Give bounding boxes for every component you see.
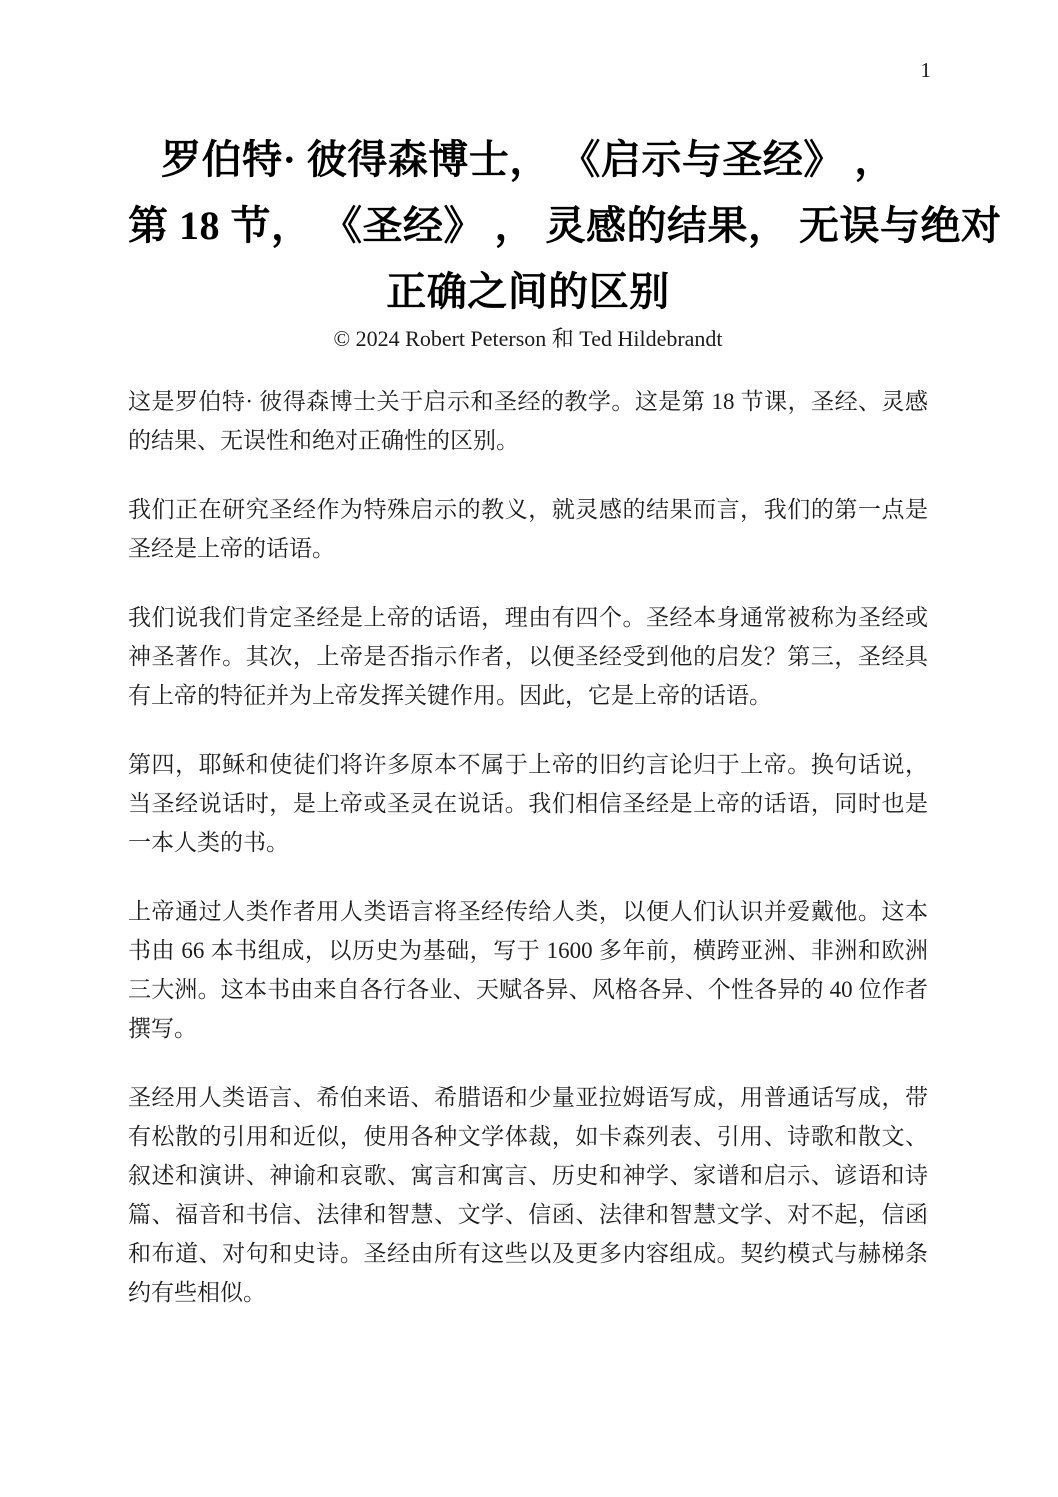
- document-body: 这是罗伯特· 彼得森博士关于启示和圣经的教学。这是第 18 节课，圣经、灵感的结…: [128, 382, 928, 1312]
- paragraph: 圣经用人类语言、希伯来语、希腊语和少量亚拉姆语写成，用普通话写成，带有松散的引用…: [128, 1078, 928, 1312]
- page-content: 罗伯特· 彼得森博士， 《启示与圣经》 ， 第 18 节， 《圣经》 ， 灵感的…: [0, 0, 1058, 1497]
- paragraph: 第四，耶稣和使徒们将许多原本不属于上帝的旧约言论归于上帝。换句话说，当圣经说话时…: [128, 745, 928, 862]
- paragraph: 这是罗伯特· 彼得森博士关于启示和圣经的教学。这是第 18 节课，圣经、灵感的结…: [128, 382, 928, 460]
- title-line: 罗伯特· 彼得森博士， 《启示与圣经》 ，: [128, 127, 928, 193]
- page-number: 1: [921, 58, 932, 82]
- paragraph: 我们正在研究圣经作为特殊启示的教义，就灵感的结果而言，我们的第一点是圣经是上帝的…: [128, 490, 928, 568]
- paragraph: 我们说我们肯定圣经是上帝的话语，理由有四个。圣经本身通常被称为圣经或神圣著作。其…: [128, 598, 928, 715]
- paragraph: 上帝通过人类作者用人类语言将圣经传给人类，以便人们认识并爱戴他。这本书由 66 …: [128, 892, 928, 1048]
- document-page: 1 罗伯特· 彼得森博士， 《启示与圣经》 ， 第 18 节， 《圣经》 ， 灵…: [0, 0, 1058, 1497]
- copyright-line: © 2024 Robert Peterson 和 Ted Hildebrandt: [128, 325, 928, 353]
- title-line: 第 18 节， 《圣经》 ， 灵感的结果， 无误与绝对: [128, 193, 928, 259]
- document-title: 罗伯特· 彼得森博士， 《启示与圣经》 ， 第 18 节， 《圣经》 ， 灵感的…: [128, 0, 928, 325]
- title-line: 正确之间的区别: [128, 259, 928, 325]
